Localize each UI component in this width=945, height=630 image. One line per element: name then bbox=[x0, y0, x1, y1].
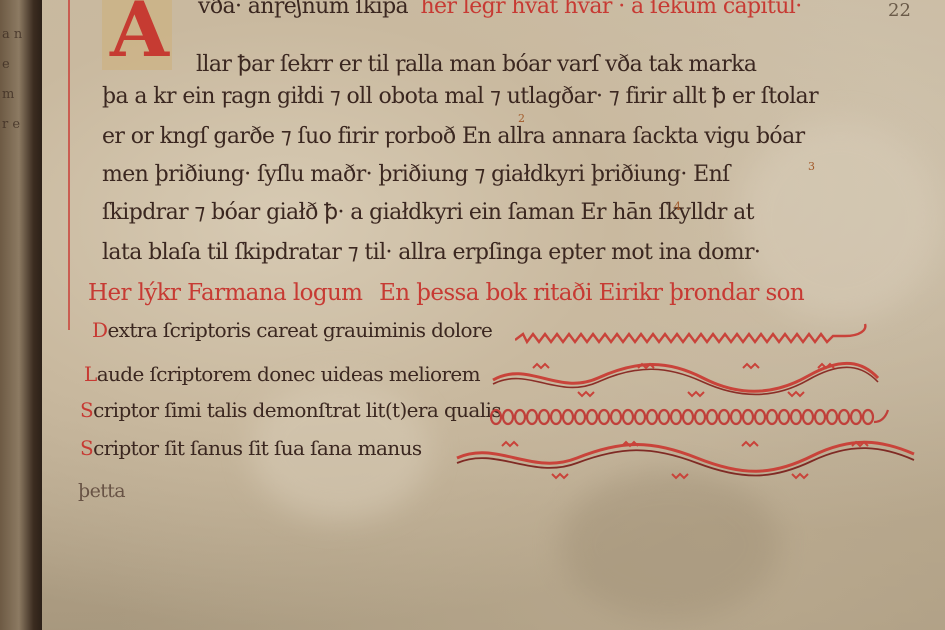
gloss-4: 4 bbox=[674, 200, 681, 213]
facing-page-edge: a n e m r e bbox=[0, 0, 42, 630]
trailing-word: þetta bbox=[78, 480, 125, 502]
verse-initial: D bbox=[92, 318, 107, 342]
verse-initial: L bbox=[84, 362, 97, 386]
text-line-2: llar ꝥar ſekrr er til ꝼalla man bóar var… bbox=[196, 52, 756, 77]
text-line-7: lata blaſa til ſkipdratar ⁊ til· allra e… bbox=[102, 240, 760, 265]
verse-text: criptor ſit ſanus ſit ſua ſana manus bbox=[93, 436, 421, 460]
rubric-heading: her legr hvat hvar · a ſekum capitul· bbox=[420, 0, 801, 19]
text-line-6: ſkipdrar ⁊ bóar giałð ꝥ· a giałdkyri ein… bbox=[102, 200, 754, 225]
stain bbox=[560, 470, 780, 620]
text-line-3: þa a kr ein ꝼagn giłdi ⁊ oll obota mal ⁊… bbox=[102, 84, 818, 109]
verse-initial: S bbox=[80, 398, 93, 422]
facing-page-text: a n e m r e bbox=[2, 20, 24, 140]
text-line-1-brown: vða· anɼeʃnum ſkipa bbox=[198, 0, 408, 19]
colophon-part-1: Her lýkr Farmana logum bbox=[88, 280, 362, 306]
latin-verse-3: Scriptor ſimi talis demonſtrat lit(t)era… bbox=[80, 398, 501, 422]
vine-line-filler bbox=[488, 358, 883, 398]
latin-verse-4: Scriptor ſit ſanus ſit ſua ſana manus bbox=[80, 436, 422, 460]
latin-verse-1: Dextra ſcriptoris careat grauiminis dolo… bbox=[92, 318, 492, 342]
folio-number: 22 bbox=[888, 0, 911, 21]
text-line-4: er or kngſ garðe ⁊ ſuo firir ꝼorboð En a… bbox=[102, 124, 805, 149]
latin-verse-2: Laude ſcriptorem donec uideas meliorem bbox=[84, 362, 480, 386]
colophon-line: Her lýkr Farmana logum En þessa bok rita… bbox=[88, 280, 804, 306]
verse-text: criptor ſimi talis demonſtrat lit(t)era … bbox=[93, 398, 501, 422]
zigzag-line-filler bbox=[515, 322, 875, 352]
gloss-3: 3 bbox=[808, 160, 815, 173]
gloss-2: 2 bbox=[518, 112, 525, 125]
text-line-5: men þriðiung· ſyſlu maðr· þriðiung ⁊ gia… bbox=[102, 162, 730, 187]
chain-line-filler bbox=[490, 404, 890, 430]
text-line-1: vða· anɼeʃnum ſkipa her legr hvat hvar ·… bbox=[198, 0, 802, 19]
red-margin-flourish bbox=[68, 0, 84, 330]
verse-initial: S bbox=[80, 436, 93, 460]
verse-text: extra ſcriptoris careat grauiminis dolor… bbox=[107, 318, 492, 342]
colophon-part-2: En þessa bok ritaði Eirikr þrondar son bbox=[379, 280, 804, 306]
decorated-initial: A bbox=[110, 0, 169, 68]
vine-line-filler bbox=[452, 436, 922, 482]
verse-text: aude ſcriptorem donec uideas meliorem bbox=[97, 362, 480, 386]
